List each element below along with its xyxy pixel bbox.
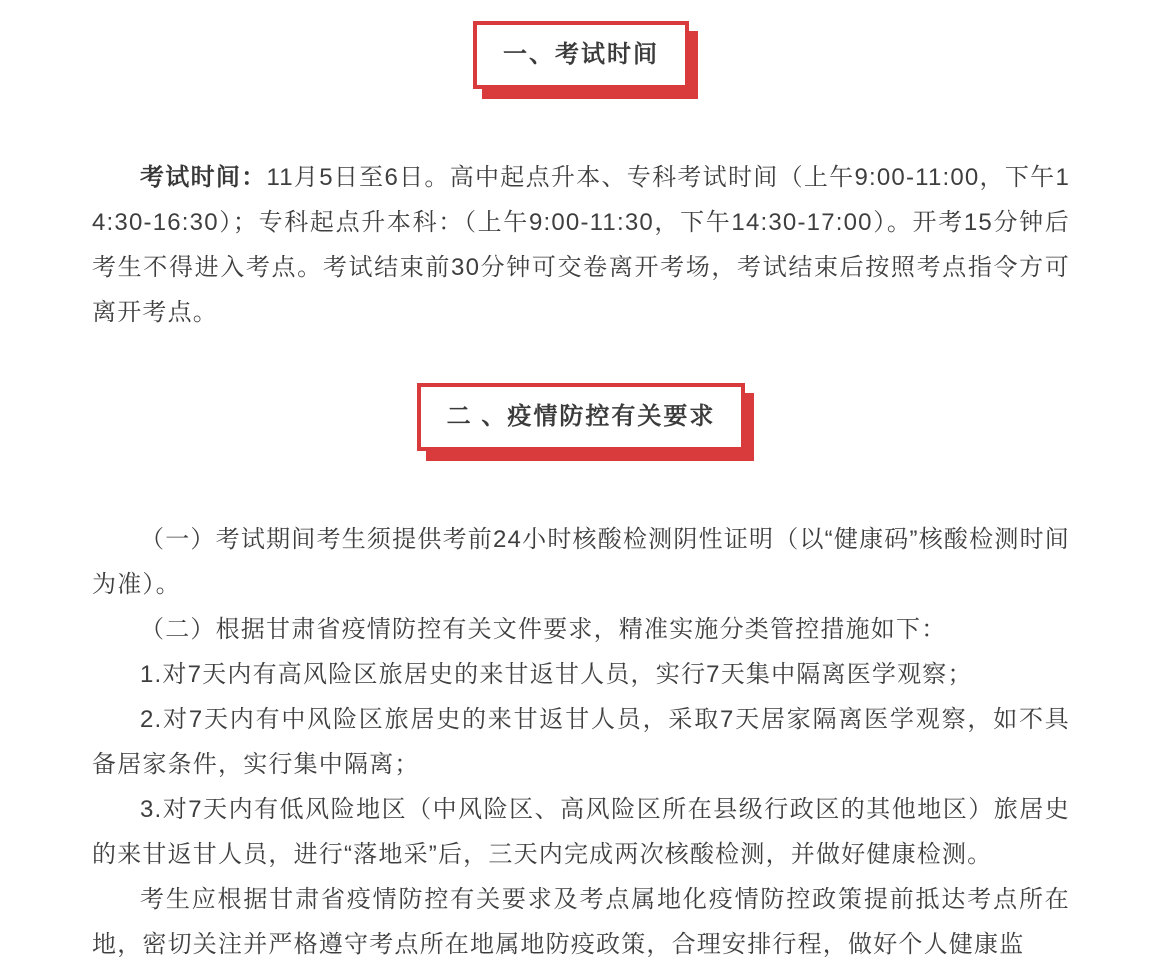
covid-paragraph-4: 2.对7天内有中风险区旅居史的来甘返甘人员，采取7天居家隔离医学观察，如不具备居…: [92, 697, 1070, 787]
covid-paragraph-6: 考生应根据甘肃省疫情防控有关要求及考点属地化疫情防控政策提前抵达考点所在地，密切…: [92, 877, 1070, 967]
covid-paragraph-2: （二）根据甘肃省疫情防控有关文件要求，精准实施分类管控措施如下：: [92, 607, 1070, 652]
section-2-title: 二 、疫情防控有关要求: [447, 403, 716, 430]
covid-paragraph-1: （一）考试期间考生须提供考前24小时核酸检测阴性证明（以“健康码”核酸检测时间为…: [92, 517, 1070, 607]
covid-paragraph-5: 3.对7天内有低风险地区（中风险区、高风险区所在县级行政区的其他地区）旅居史的来…: [92, 787, 1070, 877]
exam-time-paragraph: 考试时间：11月5日至6日。高中起点升本、专科考试时间（上午9:00-11:00…: [92, 155, 1070, 335]
exam-time-label: 考试时间：: [140, 164, 267, 191]
section-1-heading-row: 一、考试时间: [92, 21, 1070, 89]
article: 一、考试时间 考试时间：11月5日至6日。高中起点升本、专科考试时间（上午9:0…: [0, 0, 1162, 967]
section-1-title: 一、考试时间: [503, 41, 659, 68]
section-2-heading-row: 二 、疫情防控有关要求: [92, 383, 1070, 451]
section-1-heading-box: 一、考试时间: [473, 21, 689, 89]
covid-paragraph-3: 1.对7天内有高风险区旅居史的来甘返甘人员，实行7天集中隔离医学观察；: [92, 652, 1070, 697]
section-2-heading-box: 二 、疫情防控有关要求: [417, 383, 746, 451]
